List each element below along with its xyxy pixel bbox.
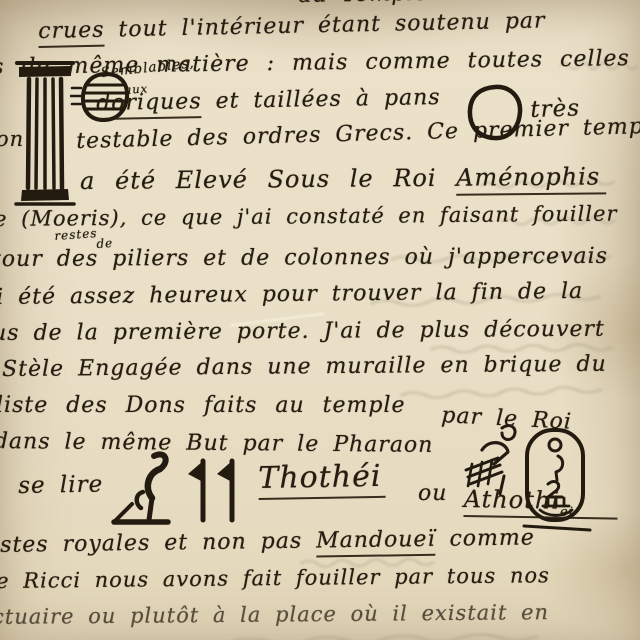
word-segment: au Temple dont: [298, 0, 497, 8]
underlined-word: Thothéi: [258, 459, 386, 500]
text-line: a été Elevé Sous le Roi Aménophis: [80, 163, 606, 194]
underlined-word: Mandoueï: [316, 527, 436, 558]
word-segment: istes royales et non pas: [0, 528, 316, 558]
word-segment: liste des Dons faits au temple: [0, 393, 406, 418]
word-segment: tour des piliers et de colonnes où j'app…: [0, 244, 608, 272]
text-line: testable des ordres Grecs. Ce premier te…: [76, 115, 640, 155]
word-segment: ei: [560, 505, 574, 520]
text-line: Athothi: [464, 486, 619, 515]
word-segment: comme: [435, 525, 535, 551]
text-line: ctuaire ou plutôt à la place où il exist…: [0, 601, 549, 629]
thoth-hieroglyphs: [108, 446, 254, 532]
word-segment: on: [0, 127, 24, 151]
text-line: doriques et taillées à pans: [96, 86, 441, 116]
word-segment: Stèle Engagée dans une muraille en briqu…: [2, 352, 607, 382]
text-line: dans le même But par le Pharaon: [0, 430, 434, 458]
text-line: Thothéi: [258, 460, 386, 495]
text-line: s de même matière : mais comme toutes ce…: [0, 47, 630, 80]
ink-bleedthrough: [230, 628, 550, 640]
text-line: crues tout l'intérieur étant soutenu par: [38, 9, 546, 44]
word-segment: us de la première porte. J'ai de plus dé…: [0, 317, 605, 346]
word-segment: et taillées à pans: [201, 85, 440, 114]
text-line: liste des Dons faits au temple: [0, 394, 406, 418]
text-line: Stèle Engagée dans une muraille en briqu…: [2, 353, 607, 382]
word-segment: testable des ordres Grecs. Ce premier te…: [76, 114, 640, 154]
interlinear-annotation: restes: [54, 227, 98, 243]
word-segment: i été assez heureux pour trouver la fin …: [0, 279, 583, 310]
text-line: ou: [418, 482, 447, 506]
text-line: se lire: [18, 473, 103, 500]
text-line: us de la première porte. J'ai de plus dé…: [0, 318, 605, 346]
word-segment: s de même matière : mais comme toutes ce…: [0, 46, 630, 80]
text-line: e Ricci nous avons fait fouiller par tou…: [0, 564, 550, 593]
word-segment: se lire: [18, 472, 103, 499]
underlined-word: Athothi: [463, 485, 618, 520]
manuscript-page: au Temple dontcrues tout l'intérieur éta…: [0, 0, 640, 640]
word-segment: a été Elevé Sous le Roi: [80, 164, 456, 195]
text-line: tour des piliers et de colonnes où j'app…: [0, 245, 608, 272]
text-line: au Temple dont: [298, 0, 497, 8]
word-segment: dans le même But par le Pharaon: [0, 429, 434, 458]
subscript-annotation: ei: [560, 506, 574, 520]
word-segment: ou: [418, 481, 447, 506]
cut-fragment: on: [0, 128, 24, 151]
underlined-word: doriques: [96, 89, 202, 120]
word-segment: ctuaire ou plutôt à la place où il exist…: [0, 600, 549, 629]
text-line: i été assez heureux pour trouver la fin …: [0, 280, 583, 310]
ink-bleedthrough: [400, 381, 610, 400]
underlined-word: crues: [38, 18, 105, 48]
text-line: istes royales et non pas Mandoueï comme: [0, 526, 535, 558]
word-segment: tout l'intérieur étant soutenu par: [104, 8, 546, 42]
word-segment: e Ricci nous avons fait fouiller par tou…: [0, 563, 550, 593]
word-segment: restes: [54, 226, 98, 243]
underlined-word: Aménophis: [456, 162, 606, 195]
